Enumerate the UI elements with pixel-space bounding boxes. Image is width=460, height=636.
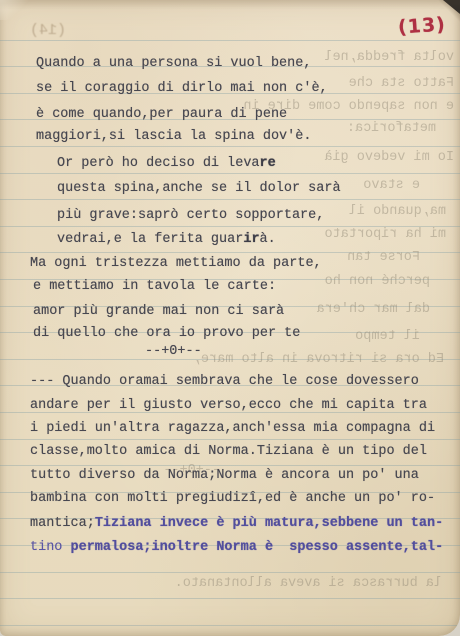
folded-corner (443, 0, 460, 14)
typed-line: --- Quando oramai sembrava che le cose d… (30, 374, 419, 390)
typed-text-segment: se il coraggio di dirlo mai non c'è, (36, 81, 328, 96)
typed-text-segment: tutto diverso da Norma;Norma è ancora un… (30, 468, 419, 483)
typed-line: Ma ogni tristezza mettiamo da parte, (30, 256, 322, 272)
typed-text-segment: Quando a una persona si vuol bene, (36, 56, 311, 71)
bleedthrough-text: la burrasca si aveva allontanato. (0, 576, 460, 592)
typed-text-segment: amor più grande mai non ci sarà (33, 304, 284, 319)
typed-line: andare per il giusto verso,ecco che mi c… (30, 398, 427, 414)
section-divider: --+0+-- (145, 344, 202, 360)
ruled-line (0, 40, 460, 41)
typed-text-segment: Tiziana invece è più matura,sebbene un t… (95, 516, 443, 531)
typed-line: tutto diverso da Norma;Norma è ancora un… (30, 468, 419, 484)
bleedthrough-text: Ed ora si ritrova in alto mare, (0, 352, 460, 368)
typed-text-segment: i piedi un'altra ragazza,anch'essa mia c… (30, 421, 435, 436)
ruled-line (0, 598, 460, 599)
typed-text-segment: è come quando,per paura di pene (36, 107, 287, 122)
ruled-line (0, 173, 460, 174)
typed-text-segment: --+0+-- (145, 344, 202, 359)
ruled-line (0, 439, 460, 440)
typed-text-segment: --- Quando oramai sembrava che le cose d… (30, 374, 419, 389)
typed-line: maggiori,si lascia la spina dov'è. (36, 129, 311, 145)
ruled-line (0, 572, 460, 573)
typed-line: di quello che ora io provo per te (33, 326, 300, 342)
typed-text-segment: re (260, 156, 276, 171)
typed-text-segment: e mettiamo in tavola le carte: (33, 279, 276, 294)
typed-line: i piedi un'altra ragazza,anch'essa mia c… (30, 421, 435, 437)
typed-text-segment: bambina con molti pregiudizî,ed è anche … (30, 491, 435, 506)
typed-text-segment: permalosa;inoltre Norma è spesso assente… (62, 540, 443, 555)
typed-line: Quando a una persona si vuol bene, (36, 56, 311, 72)
typed-line: bambina con molti pregiudizî,ed è anche … (30, 491, 435, 507)
typewritten-page: volta fredda,nelFatto sta chee non sapen… (0, 0, 460, 636)
typed-text-segment: mantica; (30, 516, 95, 531)
typed-text-segment: ir (243, 232, 259, 247)
typed-line: amor più grande mai non ci sarà (33, 304, 284, 320)
typed-line: questa spina,anche se il dolor sarà (57, 181, 341, 197)
typed-text-segment: maggiori,si lascia la spina dov'è. (36, 129, 311, 144)
top-left-crease (0, 0, 30, 20)
typed-text-segment: Or però ho deciso di leva (57, 156, 260, 171)
typed-text-segment: più grave:saprò certo sopportare, (57, 208, 324, 223)
typed-text-segment: à. (260, 232, 276, 247)
typed-text-segment: Ma ogni tristezza mettiamo da parte, (30, 256, 322, 271)
typed-line: classe,molto amica di Norma.Tiziana è un… (30, 444, 427, 460)
typed-line: Or però ho deciso di levare (57, 156, 276, 172)
ruled-line (0, 199, 460, 200)
typed-text-segment: classe,molto amica di Norma.Tiziana è un… (30, 444, 427, 459)
ruled-line (0, 625, 460, 626)
typed-line: tino permalosa;inoltre Norma è spesso as… (30, 540, 443, 556)
typed-line: vedrai,e la ferita guarirà. (57, 232, 276, 248)
typed-text-segment: andare per il giusto verso,ecco che mi c… (30, 398, 427, 413)
typed-line: è come quando,per paura di pene (36, 107, 287, 123)
typed-line: e mettiamo in tavola le carte: (33, 279, 276, 295)
typed-text-segment: vedrai,e la ferita guar (57, 232, 243, 247)
typed-line: più grave:saprò certo sopportare, (57, 208, 324, 224)
typed-text-segment: di quello che ora io provo per te (33, 326, 300, 341)
typed-text-segment: questa spina,anche se il dolor sarà (57, 181, 341, 196)
typed-line: mantica;Tiziana invece è più matura,sebb… (30, 516, 443, 532)
verso-page-number-ghost: (14) (30, 22, 66, 39)
ruled-line (0, 146, 460, 147)
typed-text-segment: tino (30, 540, 62, 555)
typed-line: se il coraggio di dirlo mai non c'è, (36, 81, 328, 97)
